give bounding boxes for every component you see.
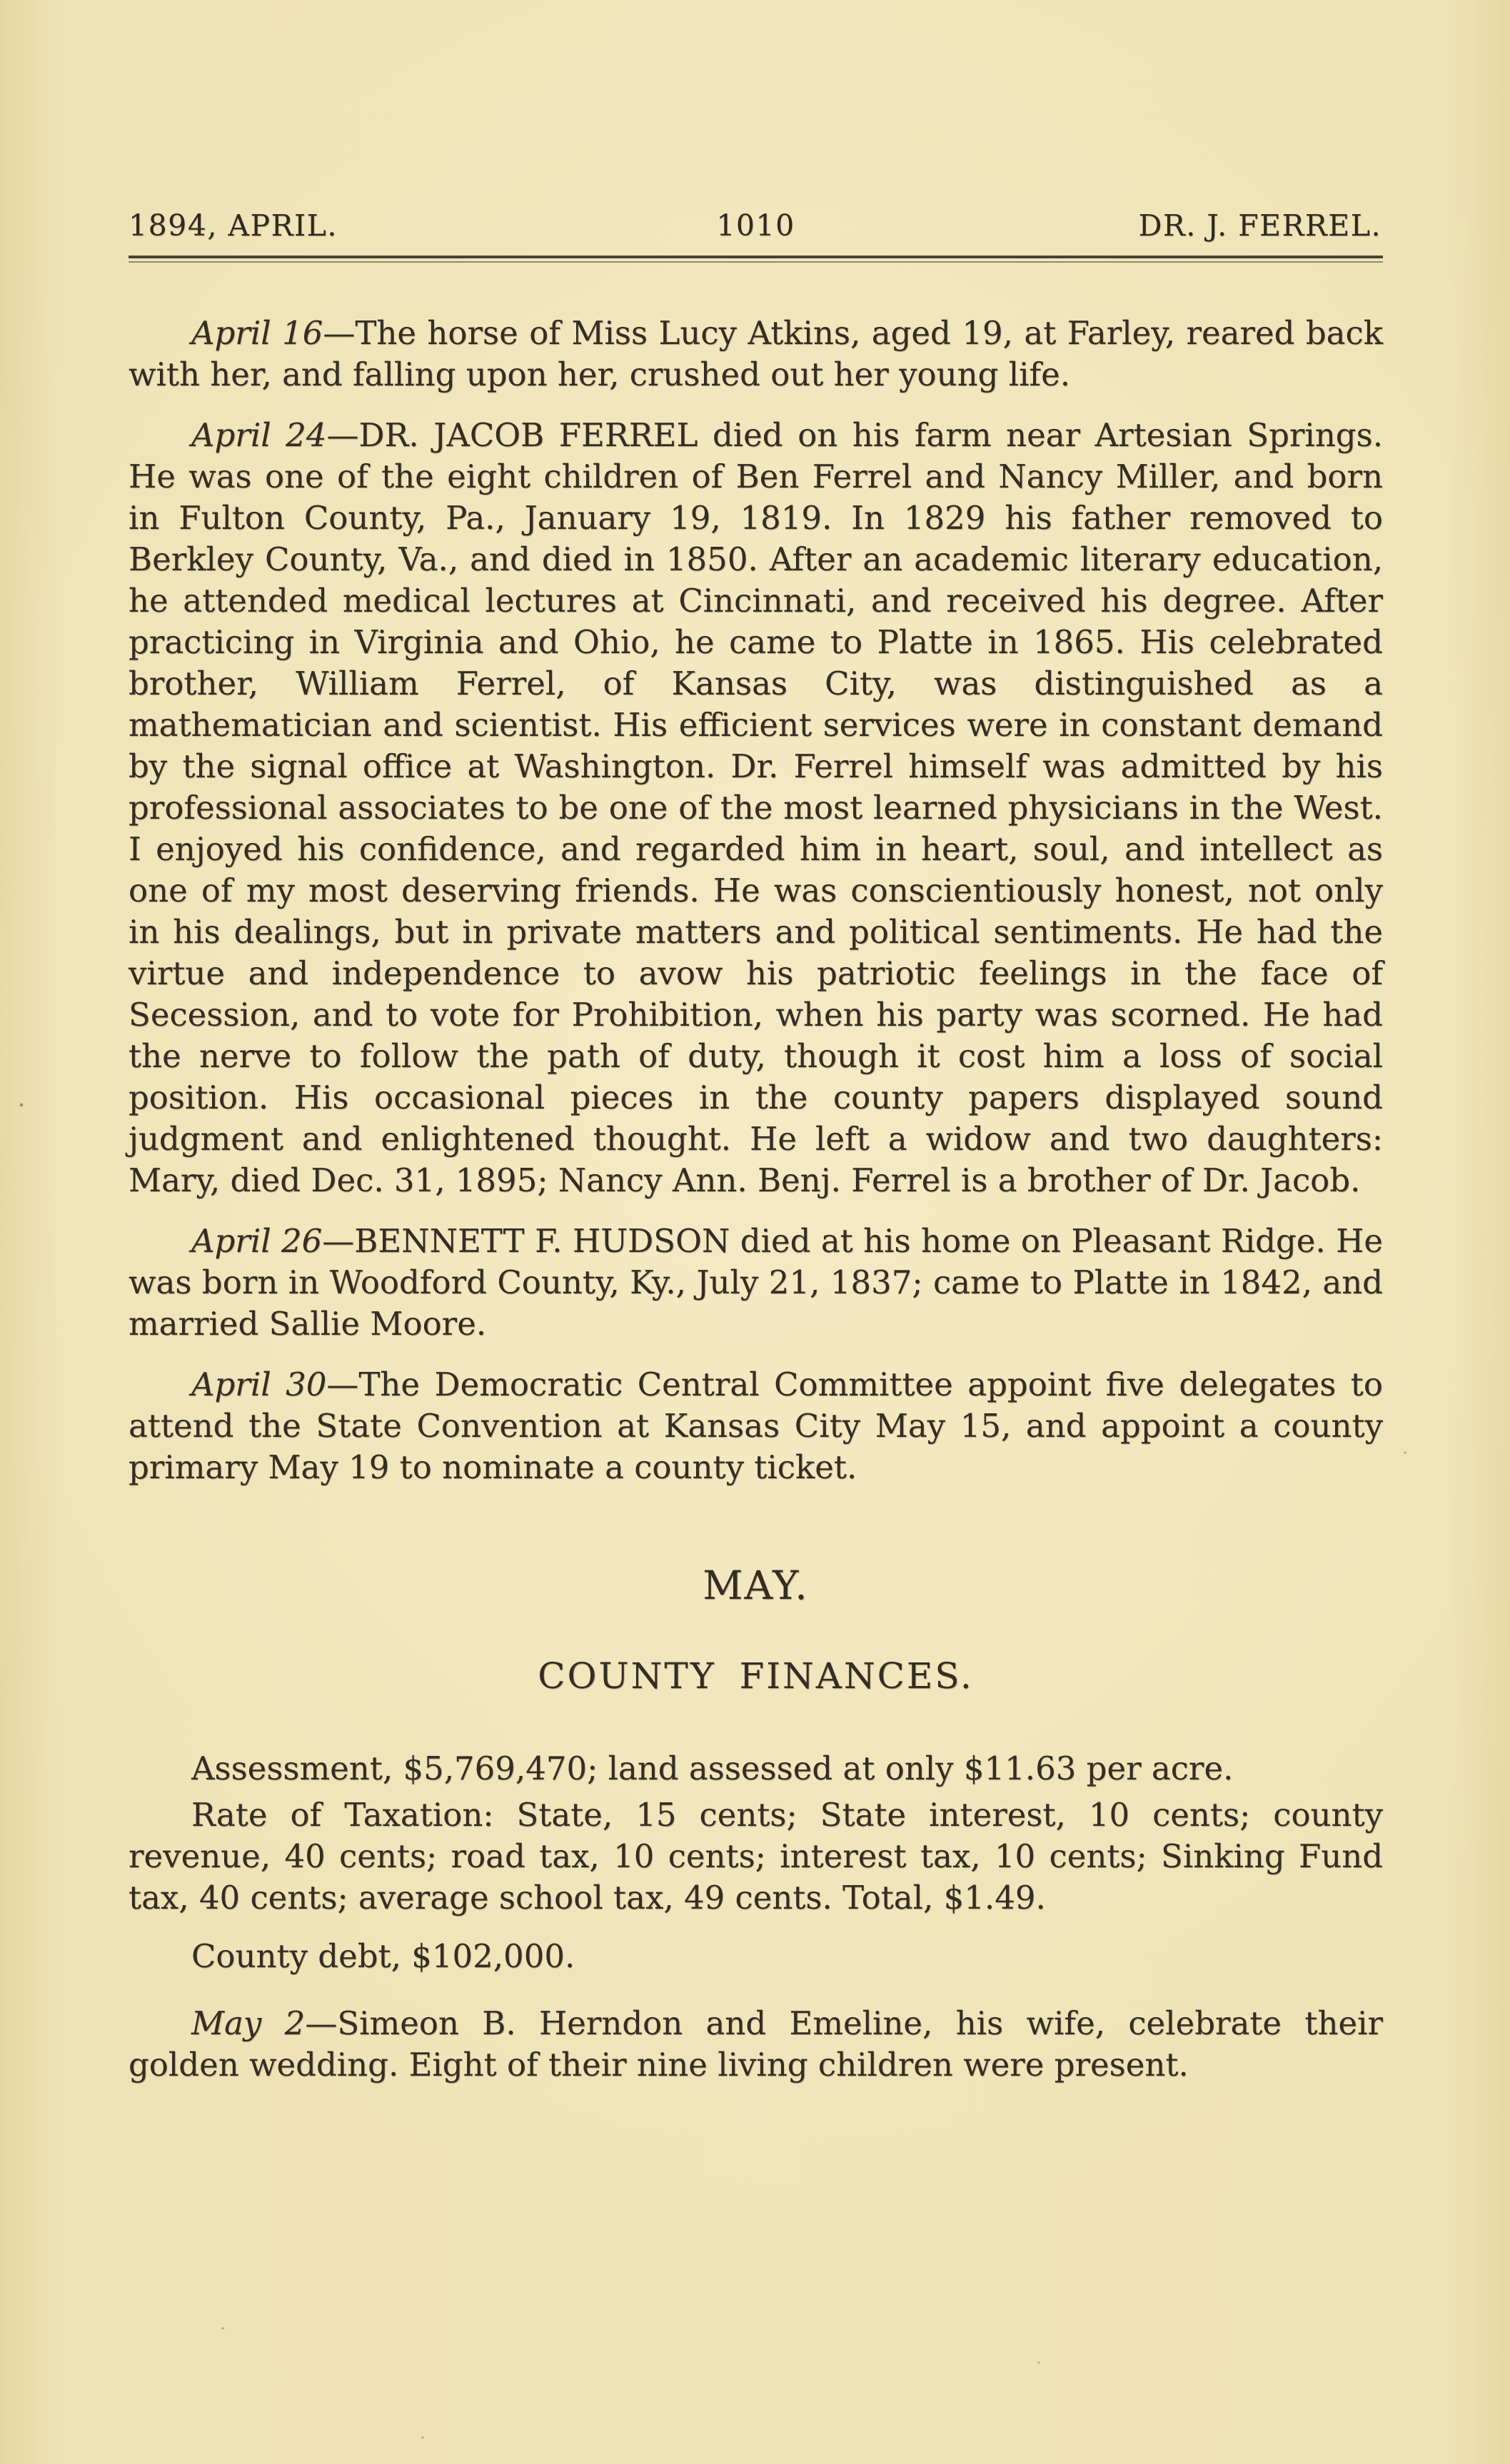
entry-date: April 30 [191, 1365, 326, 1403]
county-finances-heading: COUNTY FINANCES. [129, 1655, 1383, 1697]
running-header: 1894, APRIL. 1010 DR. J. FERREL. [129, 208, 1383, 243]
header-page-number: 1010 [716, 208, 795, 243]
entry-dash: — [326, 416, 358, 454]
entry-date: April 16 [191, 314, 323, 352]
entry-date: April 24 [191, 416, 326, 454]
entry-text: died on his farm near Artesian Springs. … [129, 416, 1383, 1199]
header-date: 1894, APRIL. [129, 208, 338, 243]
assessment-line: Assessment, $5,769,470; land assessed at… [129, 1748, 1383, 1789]
taxation-paragraph: Rate of Taxation: State, 15 cents; State… [129, 1794, 1383, 1919]
entry-april-26: April 26—BENNETT F. HUDSON died at his h… [129, 1221, 1383, 1345]
entry-april-24: April 24—DR. JACOB FERREL died on his fa… [129, 415, 1383, 1201]
deceased-name: DR. JACOB FERREL [358, 416, 698, 454]
header-rule [129, 256, 1383, 263]
book-page: 1894, APRIL. 1010 DR. J. FERREL. April 1… [0, 0, 1510, 2464]
month-heading: MAY. [129, 1562, 1383, 1608]
entry-may-2: May 2—Simeon B. Herndon and Emeline, his… [129, 2003, 1383, 2086]
entry-april-16: April 16—The horse of Miss Lucy Atkins, … [129, 313, 1383, 395]
deceased-name: BENNETT F. HUDSON [354, 1222, 730, 1260]
entry-text: —Simeon B. Herndon and Emeline, his wife… [129, 2004, 1383, 2084]
entry-dash: — [322, 1222, 354, 1260]
county-debt-line: County debt, $102,000. [129, 1936, 1383, 1977]
entry-april-30: April 30—The Democratic Central Committe… [129, 1364, 1383, 1488]
entry-date: April 26 [191, 1222, 322, 1260]
entry-date: May 2 [191, 2004, 305, 2042]
header-title: DR. J. FERREL. [1139, 208, 1381, 243]
page-body: April 16—The horse of Miss Lucy Atkins, … [129, 313, 1383, 2086]
